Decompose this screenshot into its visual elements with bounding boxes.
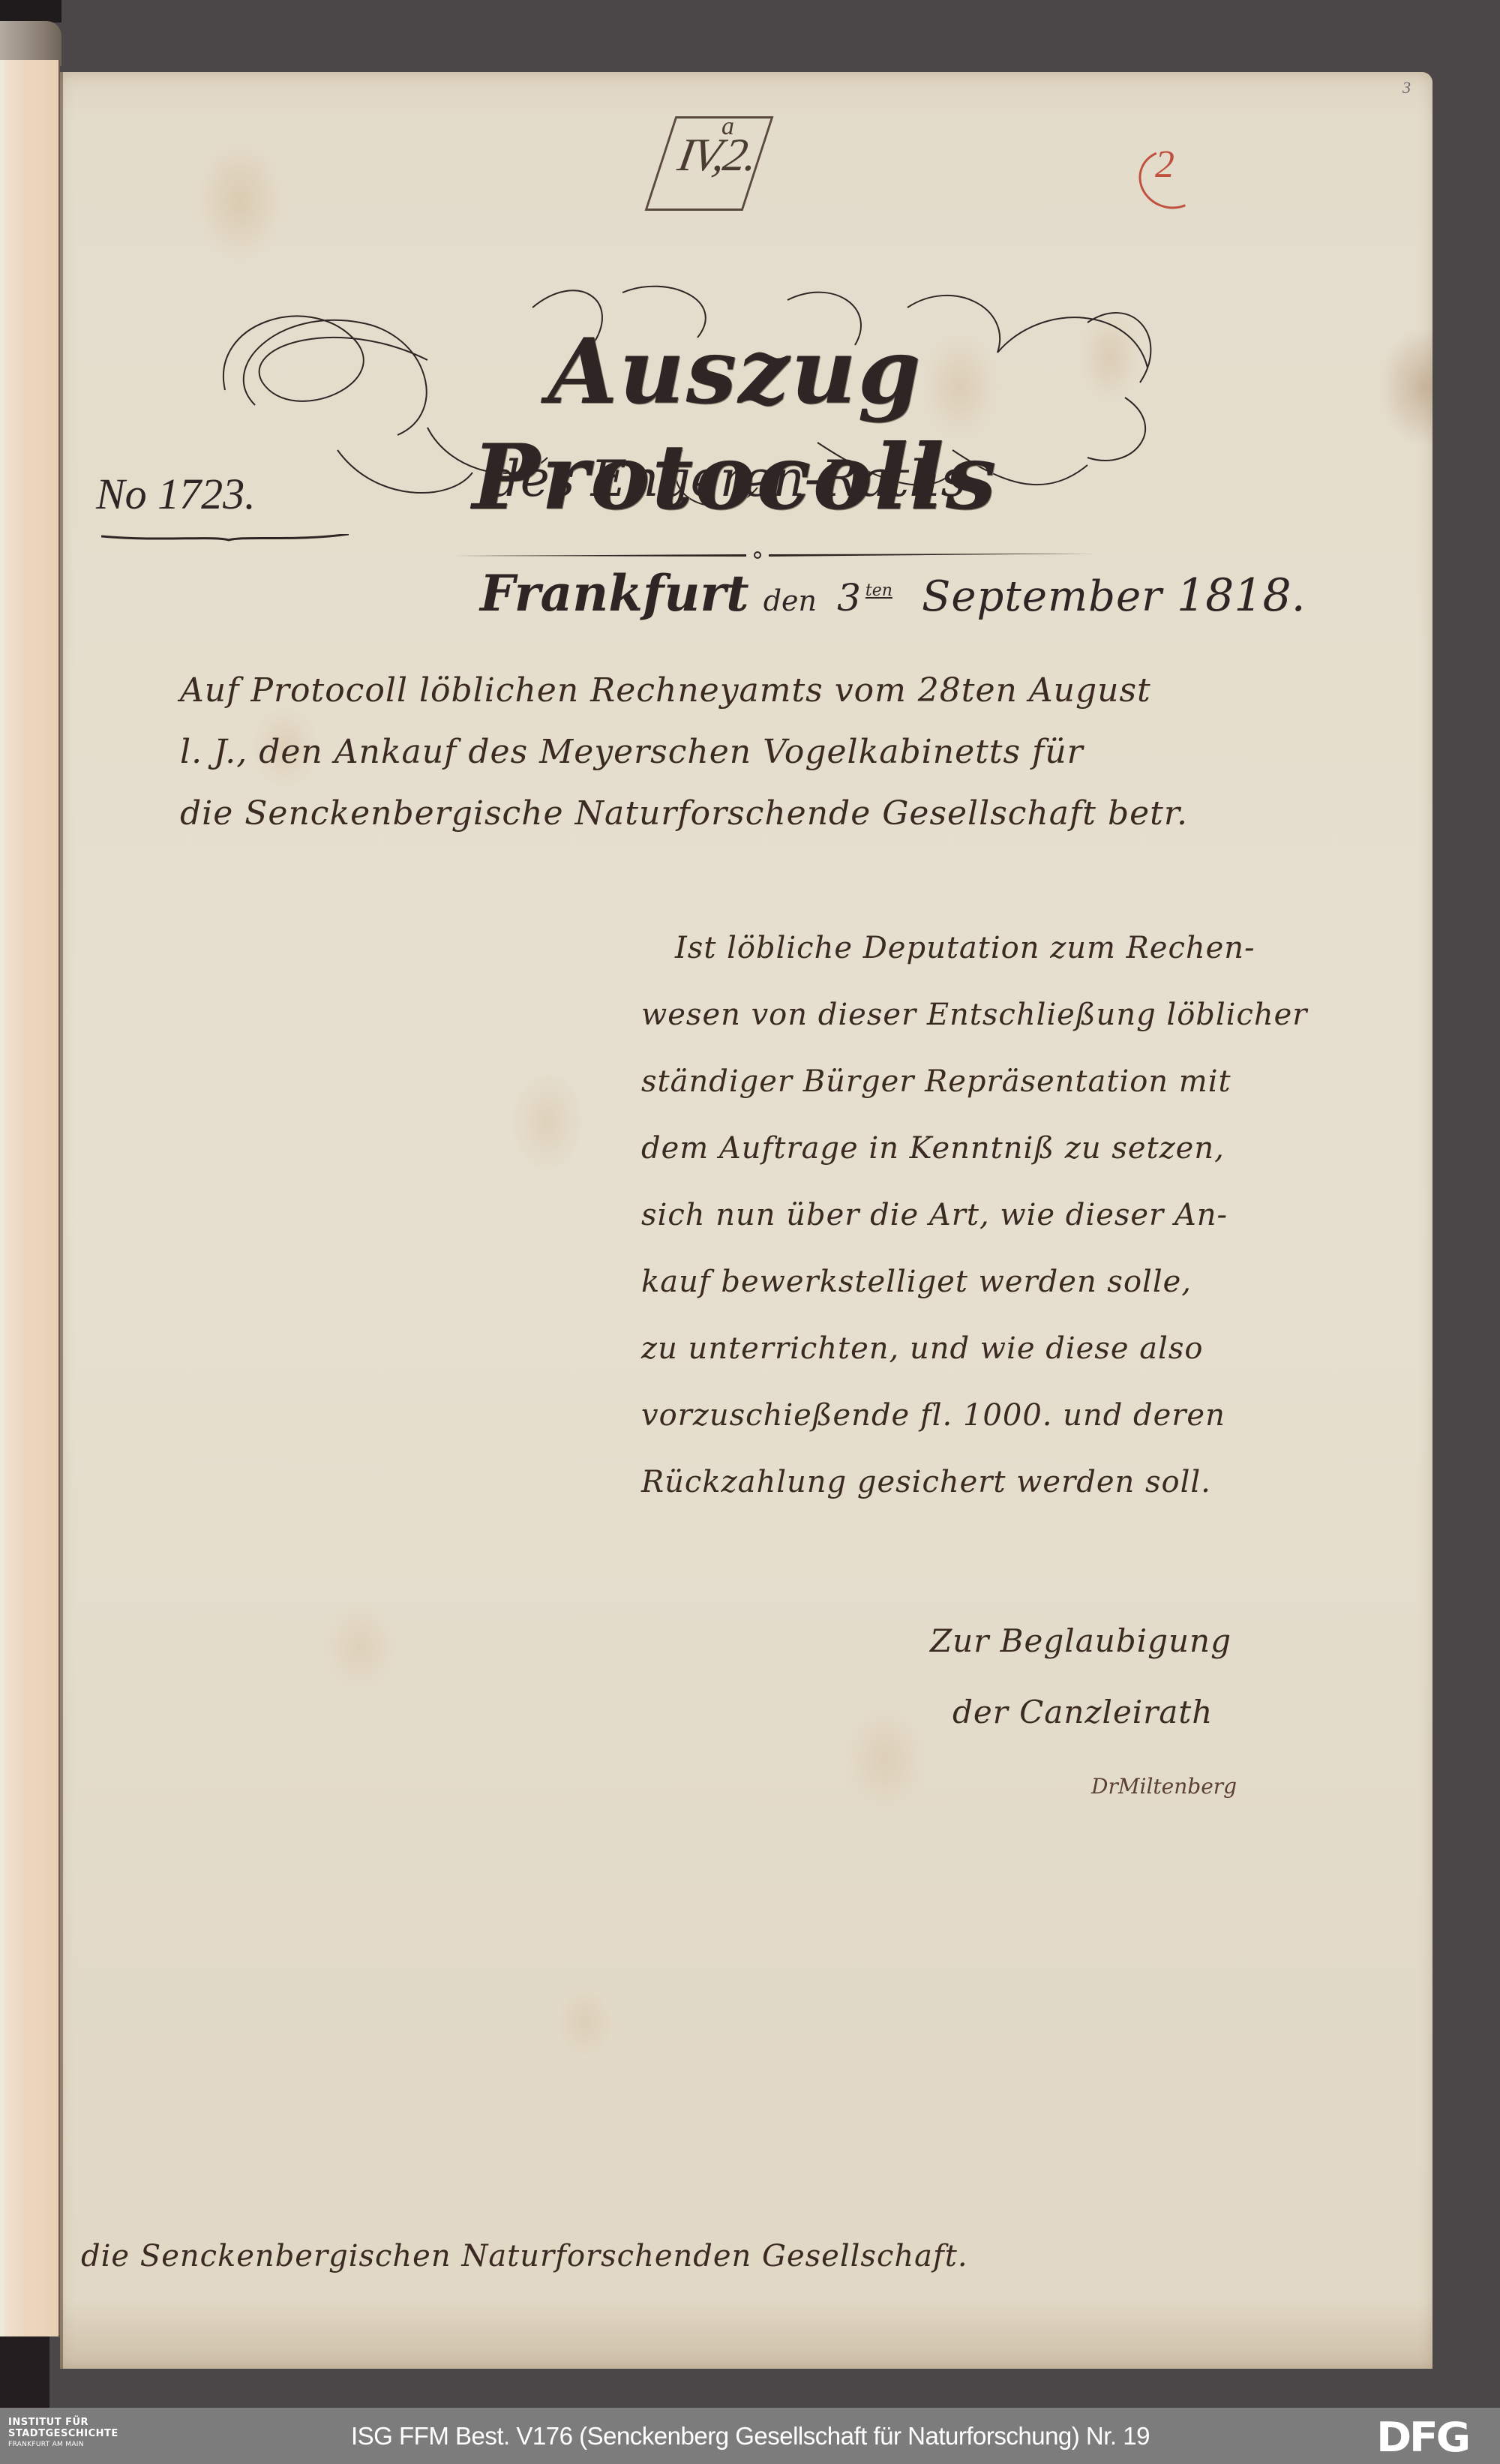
institute-logo: INSTITUT FÜR STADTGESCHICHTE FRANKFURT A… <box>8 2417 118 2450</box>
attribution-footer: INSTITUT FÜR STADTGESCHICHTE FRANKFURT A… <box>0 2408 1500 2464</box>
pencil-page-number: 3 <box>1402 78 1411 98</box>
archive-reference-caption: ISG FFM Best. V176 (Senckenberg Gesellsc… <box>351 2422 1150 2450</box>
preamble-line: l. J., den Ankauf des Meyerschen Vogelka… <box>180 722 1350 783</box>
document-subtitle: des Engeren-Raths <box>390 450 1065 508</box>
body-line: wesen von dieser Entschließung löblicher <box>634 982 1391 1049</box>
date-month: September <box>922 572 1162 621</box>
preamble-line: Auf Protocoll löblichen Rechneyamts vom … <box>180 660 1350 722</box>
scan-shadow-bottom <box>0 2334 49 2408</box>
document-number: No 1723. <box>96 469 256 519</box>
body-line: sich nun über die Art, wie dieser An- <box>634 1182 1391 1249</box>
attestation-line: der Canzleirath <box>930 1676 1350 1748</box>
binding-strip <box>4 60 60 2336</box>
body-line: zu unterrichten, und wie diese alsо <box>634 1316 1391 1382</box>
body-line: dem Auftrage in Kenntniß zu setzen, <box>634 1115 1391 1182</box>
folio-number-red: 2 <box>1155 143 1174 187</box>
scan-shadow-top <box>0 0 61 23</box>
institute-logo-line1: INSTITUT FÜR <box>8 2417 118 2428</box>
preamble-line: die Senckenbergische Naturforschende Ges… <box>180 783 1350 845</box>
document-date-line: Frankfurt den 3ten September 1818. <box>480 564 1305 623</box>
body-line: vorzuschießende fl. 1000. und deren <box>634 1382 1391 1449</box>
page-gutter-line <box>60 72 63 2369</box>
body-line: Rückzahlung gesichert werden soll. <box>634 1449 1391 1516</box>
institute-logo-line2: STADTGESCHICHTE <box>8 2428 118 2439</box>
body-line: ständiger Bürger Repräsentation mit <box>634 1049 1391 1115</box>
date-day: 3 <box>837 576 861 620</box>
archive-signature: IV,2. <box>674 129 760 182</box>
date-year: 1818. <box>1177 569 1306 622</box>
body-line: Ist löbliche Deputation zum Rechen- <box>634 915 1391 982</box>
date-den: den <box>763 584 817 617</box>
document-scan-image: IV,2. a 2 3 Auszug Protocolls des Engere… <box>0 0 1500 2408</box>
date-day-suffix: ten <box>865 581 892 600</box>
signature: DrMiltenberg <box>1091 1774 1237 1799</box>
preamble-paragraph: Auf Protocoll löblichen Rechneyamts vom … <box>180 660 1350 845</box>
institute-logo-line3: FRANKFURT AM MAIN <box>8 2439 118 2450</box>
ornamental-separator-rule <box>454 551 1095 559</box>
dfg-logo: DFG <box>1376 2417 1468 2458</box>
number-underline-flourish <box>101 534 349 542</box>
addressee-line: die Senckenbergischen Naturforschenden G… <box>81 2239 968 2273</box>
attestation-block: Zur Beglaubigung der Canzleirath <box>930 1605 1350 1748</box>
archive-signature-superscript: a <box>721 113 734 141</box>
body-line: kauf bewerkstelliget werden solle, <box>634 1249 1391 1316</box>
attestation-line: Zur Beglaubigung <box>930 1605 1350 1676</box>
resolution-paragraph: Ist löbliche Deputation zum Rechen- wese… <box>634 915 1391 1516</box>
torn-cover-edge <box>0 21 61 66</box>
date-city: Frankfurt <box>480 564 749 623</box>
